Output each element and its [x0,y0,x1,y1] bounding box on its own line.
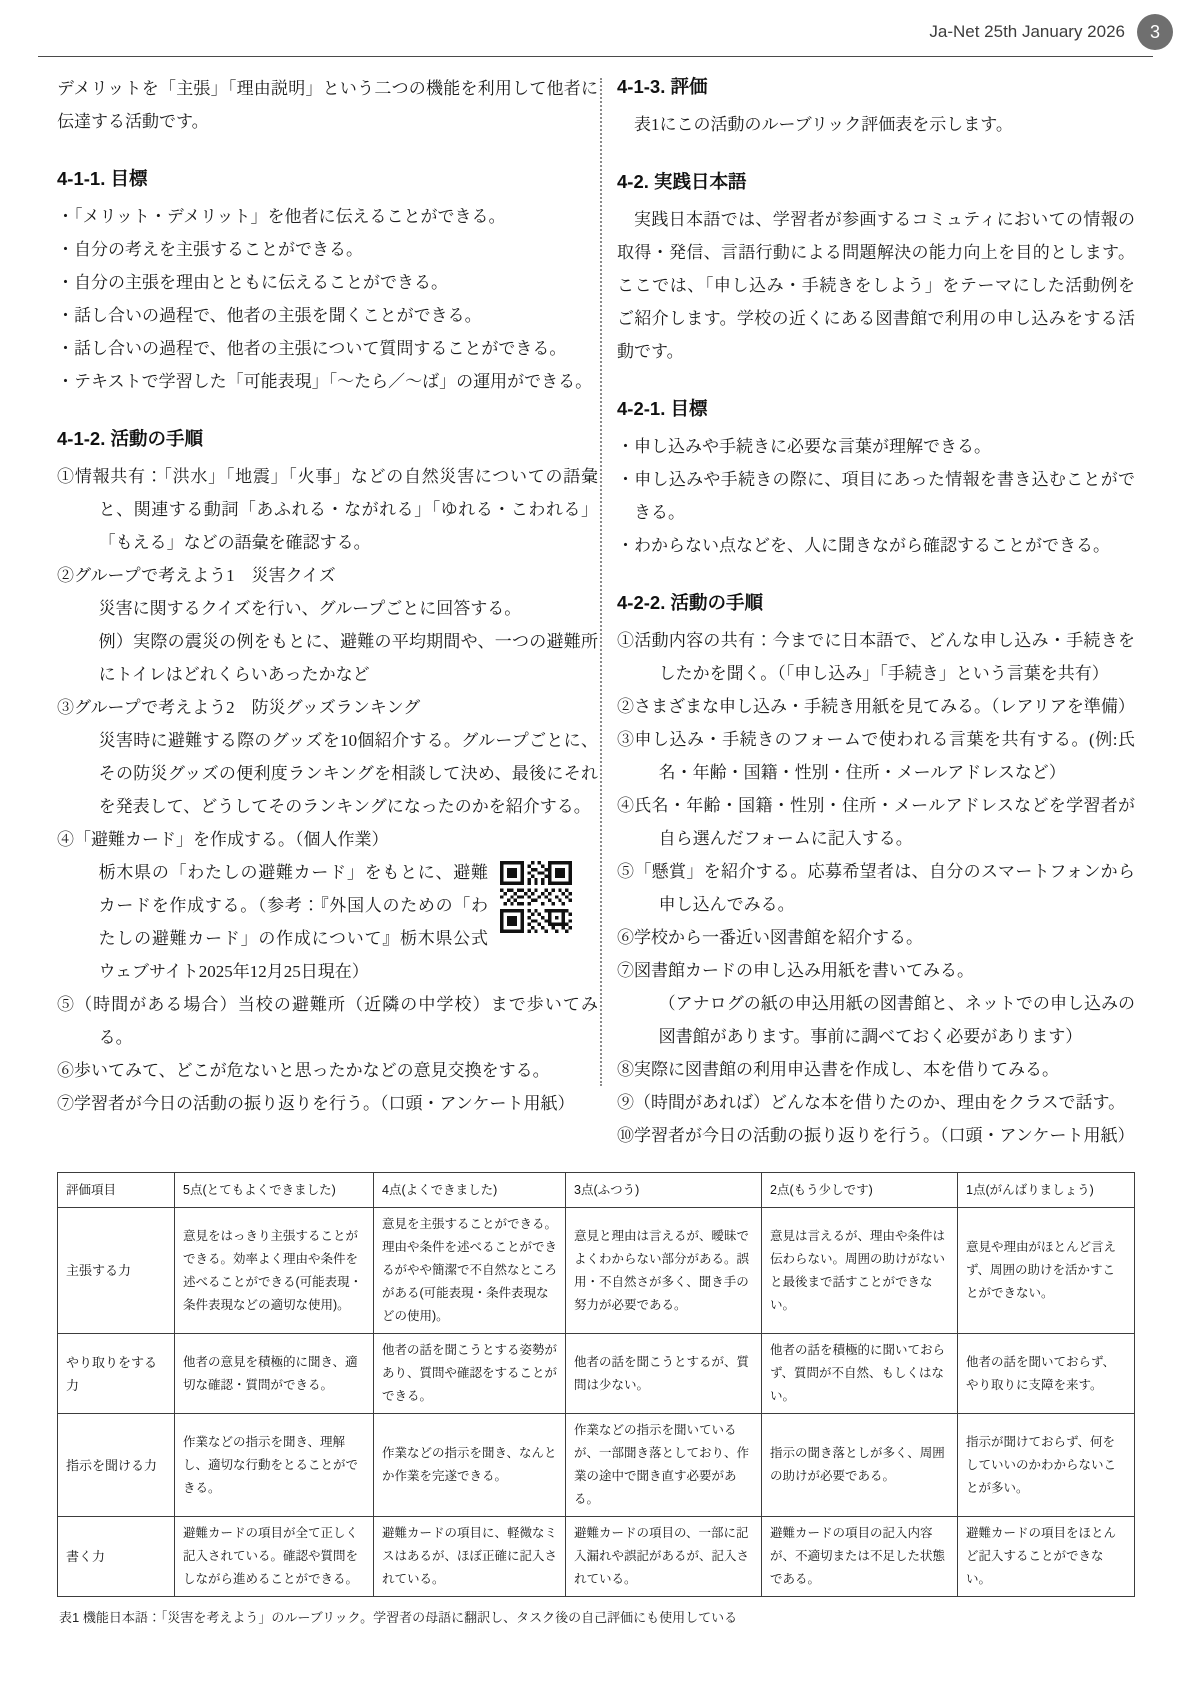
step-sub: 例）実際の震災の例をもとに、避難の平均期間や、一つの避難所にトイレはどれくらいあ… [57,625,598,691]
rubric-row-label: 書く力 [58,1517,175,1597]
step-item: ④「避難カード」を作成する。（個人作業） [57,823,598,856]
rubric-row-label: やり取りをする力 [58,1334,175,1414]
qr-code-icon [500,861,572,933]
rubric-header-cell: 2点(もう少しです) [762,1173,958,1208]
step-item: ③申し込み・手続きのフォームで使われる言葉を共有する。(例:氏名・年齢・国籍・性… [617,723,1135,789]
section-title-4-2-2: 4-2-2. 活動の手順 [617,588,1135,618]
rubric-cell: 他者の話を聞こうとするが、質問は少ない。 [566,1334,762,1414]
step-item: ⑧実際に図書館の利用申込書を作成し、本を借りてみる。 [617,1053,1135,1086]
rubric-header-cell: 4点(よくできました) [374,1173,566,1208]
rubric-cell: 意見は言えるが、理由や条件は伝わらない。周囲の助けがないと最後まで話すことができ… [762,1208,958,1334]
rubric-cell: 避難カードの項目が全て正しく記入されている。確認や質問をしながら進めることができ… [175,1517,374,1597]
page-header: Ja-Net 25th January 2026 3 [929,14,1173,50]
rubric-cell: 避難カードの項目の、一部に記入漏れや誤記があるが、記入されている。 [566,1517,762,1597]
rubric-cell: 他者の話を積極的に聞いておらず、質問が不自然、もしくはない。 [762,1334,958,1414]
rubric-row: やり取りをする力 他者の意見を積極的に聞き、適切な確認・質問ができる。 他者の話… [58,1334,1135,1414]
goal-item: ・申し込みや手続きに必要な言葉が理解できる。 [617,430,1135,463]
step-item: ②さまざまな申し込み・手続き用紙を見てみる。（レアリアを準備） [617,690,1135,723]
table-caption: 表1 機能日本語：「災害を考えよう」のルーブリック。学習者の母語に翻訳し、タスク… [59,1607,1134,1626]
page-number-badge: 3 [1137,14,1173,50]
rubric-cell: 指示の聞き落としが多く、周囲の助けが必要である。 [762,1414,958,1517]
rubric-table: 評価項目 5点(とてもよくできました) 4点(よくできました) 3点(ふつう) … [57,1172,1135,1597]
header-rule [38,56,1153,57]
goal-item: ・テキストで学習した「可能表現」「～たら／～ば」の運用ができる。 [57,365,598,398]
rubric-section: 評価項目 5点(とてもよくできました) 4点(よくできました) 3点(ふつう) … [57,1172,1134,1626]
step-item: ⑥歩いてみて、どこが危ないと思ったかなどの意見交換をする。 [57,1054,598,1087]
rubric-cell: 避難カードの項目をほとんど記入することができない。 [958,1517,1135,1597]
step-item: ⑥学校から一番近い図書館を紹介する。 [617,921,1135,954]
rubric-cell: 意見や理由がほとんど言えず、周囲の助けを活かすことができない。 [958,1208,1135,1334]
eval-paragraph: 表1にこの活動のルーブリック評価表を示します。 [617,108,1135,141]
goal-item: ・自分の主張を理由とともに伝えることができる。 [57,266,598,299]
section-title-4-2-1: 4-2-1. 目標 [617,394,1135,424]
step-item: ①活動内容の共有：今までに日本語で、どんな申し込み・手続きをしたかを聞く。（「申… [617,624,1135,690]
right-column: 4-1-3. 評価 表1にこの活動のルーブリック評価表を示します。 4-2. 実… [617,72,1135,1152]
rubric-row: 指示を聞ける力 作業などの指示を聞き、理解し、適切な行動をとることができる。 作… [58,1414,1135,1517]
goal-item: ・話し合いの過程で、他者の主張について質問することができる。 [57,332,598,365]
step-sub: 災害時に避難する際のグッズを10個紹介する。グループごとに、その防災グッズの便利… [57,724,598,823]
document-page: Ja-Net 25th January 2026 3 デメリットを「主張」「理由… [0,0,1191,1684]
step-sub-text: 栃木県の「わたしの避難カード」をもとに、避難カードを作成する。（参考：『外国人の… [99,863,488,981]
section-title-4-1-3: 4-1-3. 評価 [617,72,1135,102]
rubric-cell: 作業などの指示を聞き、理解し、適切な行動をとることができる。 [175,1414,374,1517]
rubric-cell: 避難カードの項目の記入内容が、不適切または不足した状態である。 [762,1517,958,1597]
section-title-4-1-2: 4-1-2. 活動の手順 [57,424,598,454]
step-item: ⑦図書館カードの申し込み用紙を書いてみる。 [617,954,1135,987]
rubric-cell: 意見を主張することができる。理由や条件を述べることができるがやや簡潔で不自然なと… [374,1208,566,1334]
rubric-cell: 意見と理由は言えるが、曖昧でよくわからない部分がある。誤用・不自然さが多く、聞き… [566,1208,762,1334]
goal-item: ・自分の考えを主張することができる。 [57,233,598,266]
rubric-header-row: 評価項目 5点(とてもよくできました) 4点(よくできました) 3点(ふつう) … [58,1173,1135,1208]
rubric-header-cell: 評価項目 [58,1173,175,1208]
rubric-cell: 指示が聞けておらず、何をしていいのかわからないことが多い。 [958,1414,1135,1517]
step-sub: （アナログの紙の申込用紙の図書館と、ネットでの申し込みの図書館があります。事前に… [617,987,1135,1053]
step-sub: 災害に関するクイズを行い、グループごとに回答する。 [57,592,598,625]
step-item: ⑤（時間がある場合）当校の避難所（近隣の中学校）まで歩いてみる。 [57,988,598,1054]
rubric-header-cell: 3点(ふつう) [566,1173,762,1208]
rubric-cell: 他者の話を聞こうとする姿勢があり、質問や確認をすることができる。 [374,1334,566,1414]
rubric-header-cell: 5点(とてもよくできました) [175,1173,374,1208]
intro-paragraph: デメリットを「主張」「理由説明」という二つの機能を利用して他者に伝達する活動です… [57,72,598,138]
rubric-cell: 作業などの指示を聞き、なんとか作業を完遂できる。 [374,1414,566,1517]
rubric-cell: 作業などの指示を聞いているが、一部聞き落としており、作業の途中で聞き直す必要があ… [566,1414,762,1517]
step-item: ⑦学習者が今日の活動の振り返りを行う。（口頭・アンケート用紙） [57,1087,598,1120]
rubric-row-label: 指示を聞ける力 [58,1414,175,1517]
step-item: ⑨（時間があれば）どんな本を借りたのか、理由をクラスで話す。 [617,1086,1135,1119]
rubric-cell: 他者の意見を積極的に聞き、適切な確認・質問ができる。 [175,1334,374,1414]
section-title-4-1-1: 4-1-1. 目標 [57,164,598,194]
rubric-cell: 他者の話を聞いておらず、やり取りに支障を来す。 [958,1334,1135,1414]
rubric-cell: 意見をはっきり主張することができる。効率よく理由や条件を述べることができる(可能… [175,1208,374,1334]
step-item: ④氏名・年齢・国籍・性別・住所・メールアドレスなどを学習者が自ら選んだフォームに… [617,789,1135,855]
column-divider [600,78,602,1086]
step-item: ①情報共有：「洪水」「地震」「火事」などの自然災害についての語彙と、関連する動詞… [57,460,598,559]
step-item: ⑤「懸賞」を紹介する。応募希望者は、自分のスマートフォンから申し込んでみる。 [617,855,1135,921]
rubric-row-label: 主張する力 [58,1208,175,1334]
step-item: ②グループで考えよう1 災害クイズ [57,559,598,592]
rubric-row: 主張する力 意見をはっきり主張することができる。効率よく理由や条件を述べることが… [58,1208,1135,1334]
goal-item: ・「メリット・デメリット」を他者に伝えることができる。 [57,200,598,233]
rubric-row: 書く力 避難カードの項目が全て正しく記入されている。確認や質問をしながら進めるこ… [58,1517,1135,1597]
goal-item: ・わからない点などを、人に聞きながら確認することができる。 [617,529,1135,562]
rubric-cell: 避難カードの項目に、軽微なミスはあるが、ほぼ正確に記入されている。 [374,1517,566,1597]
goal-item: ・話し合いの過程で、他者の主張を聞くことができる。 [57,299,598,332]
step-sub-with-qr: 栃木県の「わたしの避難カード」をもとに、避難カードを作成する。（参考：『外国人の… [57,856,598,988]
step-item: ③グループで考えよう2 防災グッズランキング [57,691,598,724]
rubric-header-cell: 1点(がんばりましょう) [958,1173,1135,1208]
step-item: ⑩学習者が今日の活動の振り返りを行う。（口頭・アンケート用紙） [617,1119,1135,1152]
goal-item: ・申し込みや手続きの際に、項目にあった情報を書き込むことができる。 [617,463,1135,529]
left-column: デメリットを「主張」「理由説明」という二つの機能を利用して他者に伝達する活動です… [57,72,598,1120]
practice-paragraph: 実践日本語では、学習者が参画するコミュティにおいての情報の取得・発信、言語行動に… [617,203,1135,368]
journal-title: Ja-Net 25th January 2026 [929,22,1125,42]
section-title-4-2: 4-2. 実践日本語 [617,167,1135,197]
